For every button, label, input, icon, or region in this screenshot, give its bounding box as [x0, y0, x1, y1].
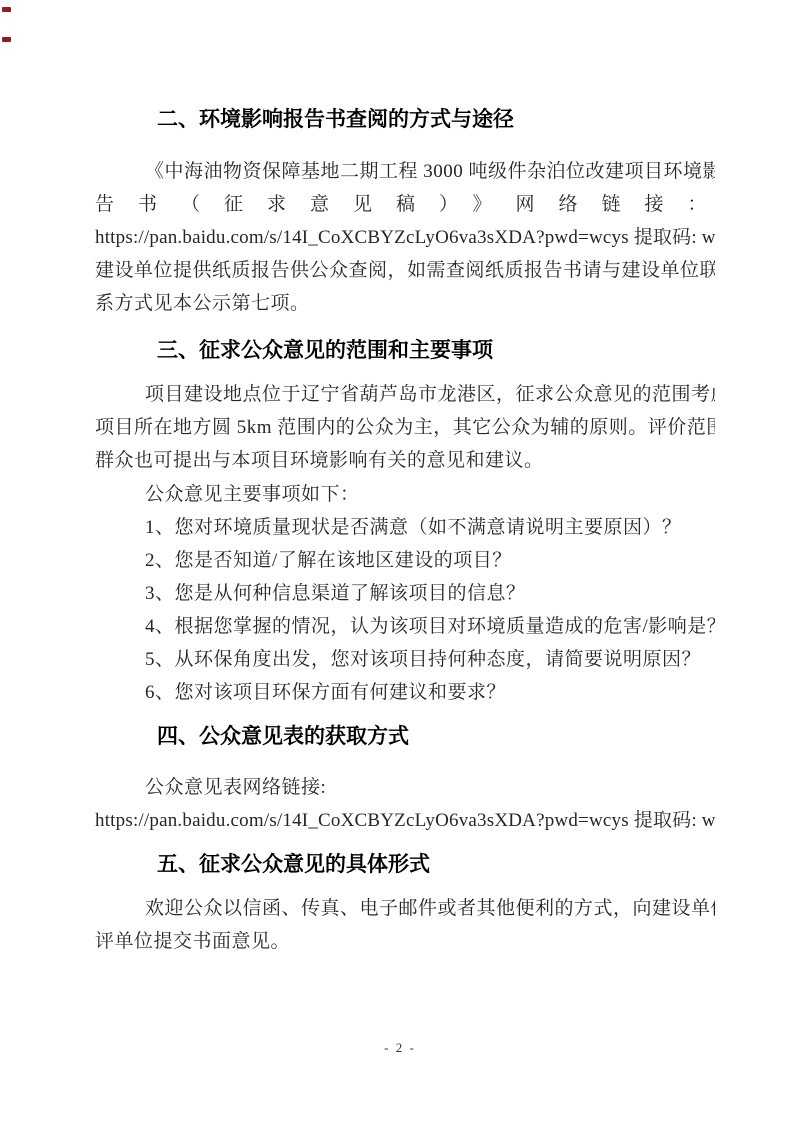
question-item: 6、您对该项目环保方面有何建议和要求？: [95, 676, 715, 709]
section-heading-access-methods: 二、环境影响报告书查阅的方式与途径: [95, 103, 715, 136]
text-line: 项目建设地点位于辽宁省葫芦岛市龙港区，征求公众意见的范围考虑以拟建: [95, 378, 715, 411]
text-line: 欢迎公众以信函、传真、电子邮件或者其他便利的方式，向建设单位或者环: [95, 892, 715, 925]
question-item: 5、从环保角度出发，您对该项目持何种态度，请简要说明原因？: [95, 643, 715, 676]
question-item: 4、根据您掌握的情况，认为该项目对环境质量造成的危害/影响是？: [95, 610, 715, 643]
scan-artifact-mark: [2, 7, 11, 12]
question-item: 1、您对环境质量现状是否满意（如不满意请说明主要原因）？: [95, 511, 715, 544]
text-line: 系方式见本公示第七项。: [95, 287, 715, 320]
text-line: 群众也可提出与本项目环境影响有关的意见和建议。: [95, 444, 715, 477]
document-page: 二、环境影响报告书查阅的方式与途径 《中海油物资保障基地二期工程 3000 吨级…: [0, 0, 800, 1132]
question-item: 2、您是否知道/了解在该地区建设的项目？: [95, 544, 715, 577]
form-link-url: https://pan.baidu.com/s/14I_CoXCBYZcLyO6…: [95, 804, 715, 837]
text-line: 告书（征求意见稿）》网络链接：: [95, 188, 715, 221]
text-line: 建设单位提供纸质报告供公众查阅，如需查阅纸质报告书请与建设单位联系，联: [95, 254, 715, 287]
section-heading-scope-and-matters: 三、征求公众意见的范围和主要事项: [95, 334, 715, 367]
section-heading-form-acquisition: 四、公众意见表的获取方式: [95, 720, 715, 753]
report-link-url: https://pan.baidu.com/s/14I_CoXCBYZcLyO6…: [95, 221, 715, 254]
text-line: 《中海油物资保障基地二期工程 3000 吨级件杂泊位改建项目环境影响报: [95, 155, 715, 188]
section-heading-feedback-forms: 五、征求公众意见的具体形式: [95, 848, 715, 881]
scan-artifact-mark: [2, 37, 11, 42]
document-body: 二、环境影响报告书查阅的方式与途径 《中海油物资保障基地二期工程 3000 吨级…: [95, 0, 715, 958]
question-item: 3、您是从何种信息渠道了解该项目的信息？: [95, 577, 715, 610]
text-line: 公众意见表网络链接:: [95, 771, 715, 804]
list-intro-line: 公众意见主要事项如下：: [95, 478, 715, 511]
page-number: - 2 -: [0, 1040, 800, 1056]
text-line: 项目所在地方圆 5km 范围内的公众为主，其它公众为辅的原则。评价范围外的: [95, 411, 715, 444]
text-line: 评单位提交书面意见。: [95, 925, 715, 958]
